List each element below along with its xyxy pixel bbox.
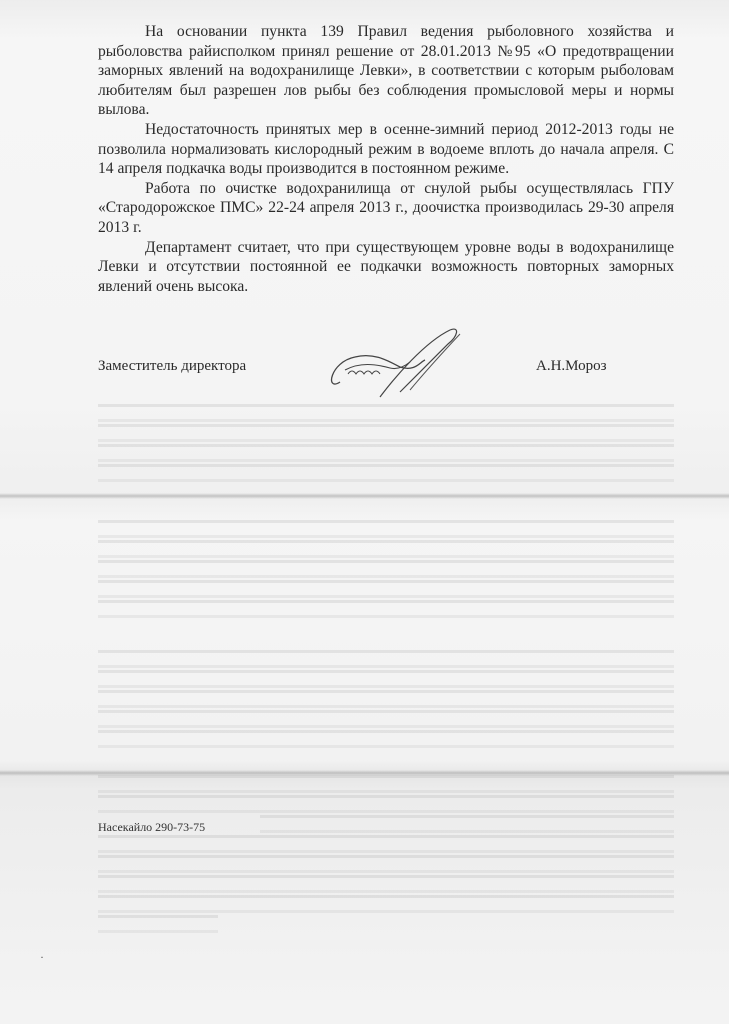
signatory-name: А.Н.Мороз <box>536 358 607 375</box>
paragraph-insufficient-measures: Недостаточность принятых мер в осенне-зи… <box>98 120 674 179</box>
scan-speck: · <box>40 950 44 965</box>
paper-fold-line <box>0 493 729 499</box>
letter-body: На основании пункта 139 Правил ведения р… <box>98 22 674 296</box>
paragraph-cleanup: Работа по очистке водохранилища от снуло… <box>98 179 674 238</box>
signature-block: Заместитель директора А.Н.Мороз <box>98 358 674 382</box>
paragraph-conclusion: Департамент считает, что при существующе… <box>98 238 674 297</box>
paragraph-decision: На основании пункта 139 Правил ведения р… <box>98 22 674 120</box>
scanned-page: На основании пункта 139 Правил ведения р… <box>0 0 729 1024</box>
executor-contact: Насекайло 290-73-75 <box>98 820 205 835</box>
signatory-title: Заместитель директора <box>98 358 246 375</box>
